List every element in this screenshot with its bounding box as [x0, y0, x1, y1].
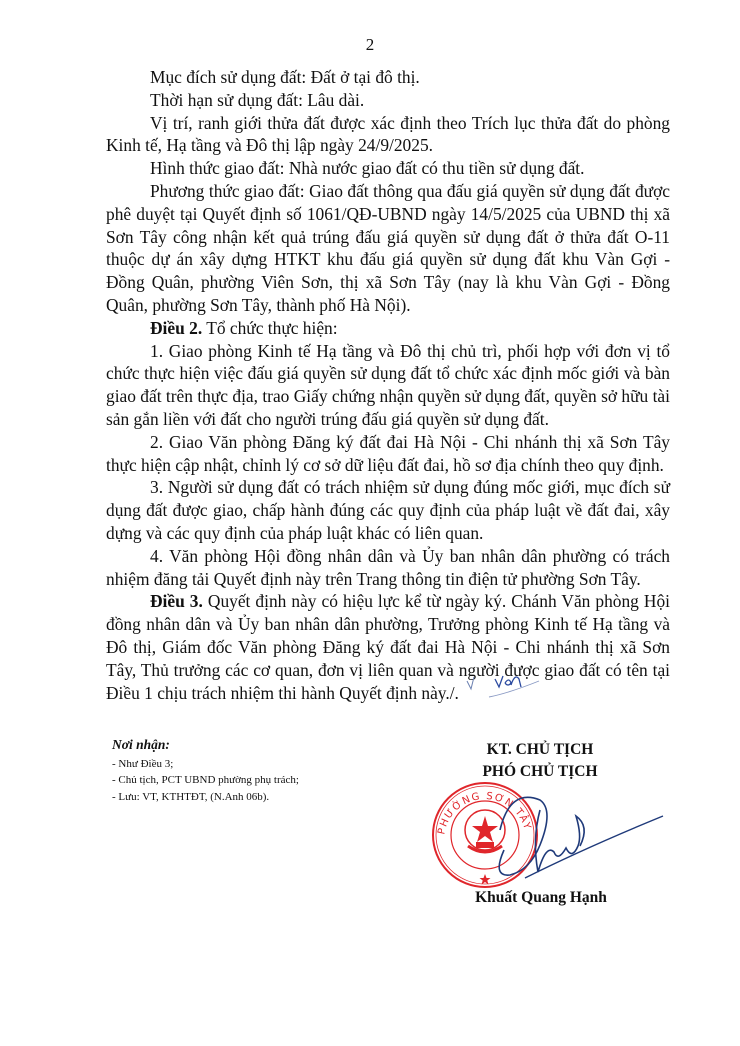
article-2-item-2: 2. Giao Văn phòng Đăng ký đất đai Hà Nội… [106, 431, 670, 477]
recipients-block: Nơi nhận: - Như Điều 3; - Chủ tịch, PCT … [112, 737, 299, 805]
article-3: Điều 3. Quyết định này có hiệu lực kể từ… [106, 590, 670, 704]
signature-mark [495, 790, 665, 880]
initials-mark [465, 673, 545, 699]
page-number: 2 [0, 35, 740, 55]
signer-name: Khuất Quang Hạnh [425, 889, 657, 907]
paragraph-location: Vị trí, ranh giới thửa đất được xác định… [106, 112, 670, 158]
signer-title-1: KT. CHỦ TỊCH [420, 739, 660, 761]
recipient-item: - Lưu: VT, KTHTĐT, (N.Anh 06b). [112, 789, 299, 806]
recipient-item: - Chủ tịch, PCT UBND phường phụ trách; [112, 772, 299, 789]
article-2-heading: Điều 2. Tổ chức thực hiện: [106, 317, 670, 340]
article-2-item-1: 1. Giao phòng Kinh tế Hạ tầng và Đô thị … [106, 340, 670, 431]
signer-block: KT. CHỦ TỊCH PHÓ CHỦ TỊCH [420, 739, 660, 783]
paragraph-allocation-method: Phương thức giao đất: Giao đất thông qua… [106, 180, 670, 317]
paragraph-duration: Thời hạn sử dụng đất: Lâu dài. [106, 89, 670, 112]
paragraph-purpose: Mục đích sử dụng đất: Đất ở tại đô thị. [106, 66, 670, 89]
paragraph-allocation-form: Hình thức giao đất: Nhà nước giao đất có… [106, 157, 670, 180]
recipients-title: Nơi nhận: [112, 737, 299, 754]
decision-body: Mục đích sử dụng đất: Đất ở tại đô thị. … [106, 66, 670, 704]
article-2-item-4: 4. Văn phòng Hội đồng nhân dân và Ủy ban… [106, 545, 670, 591]
recipient-item: - Như Điều 3; [112, 756, 299, 773]
article-2-item-3: 3. Người sử dụng đất có trách nhiệm sử d… [106, 476, 670, 544]
